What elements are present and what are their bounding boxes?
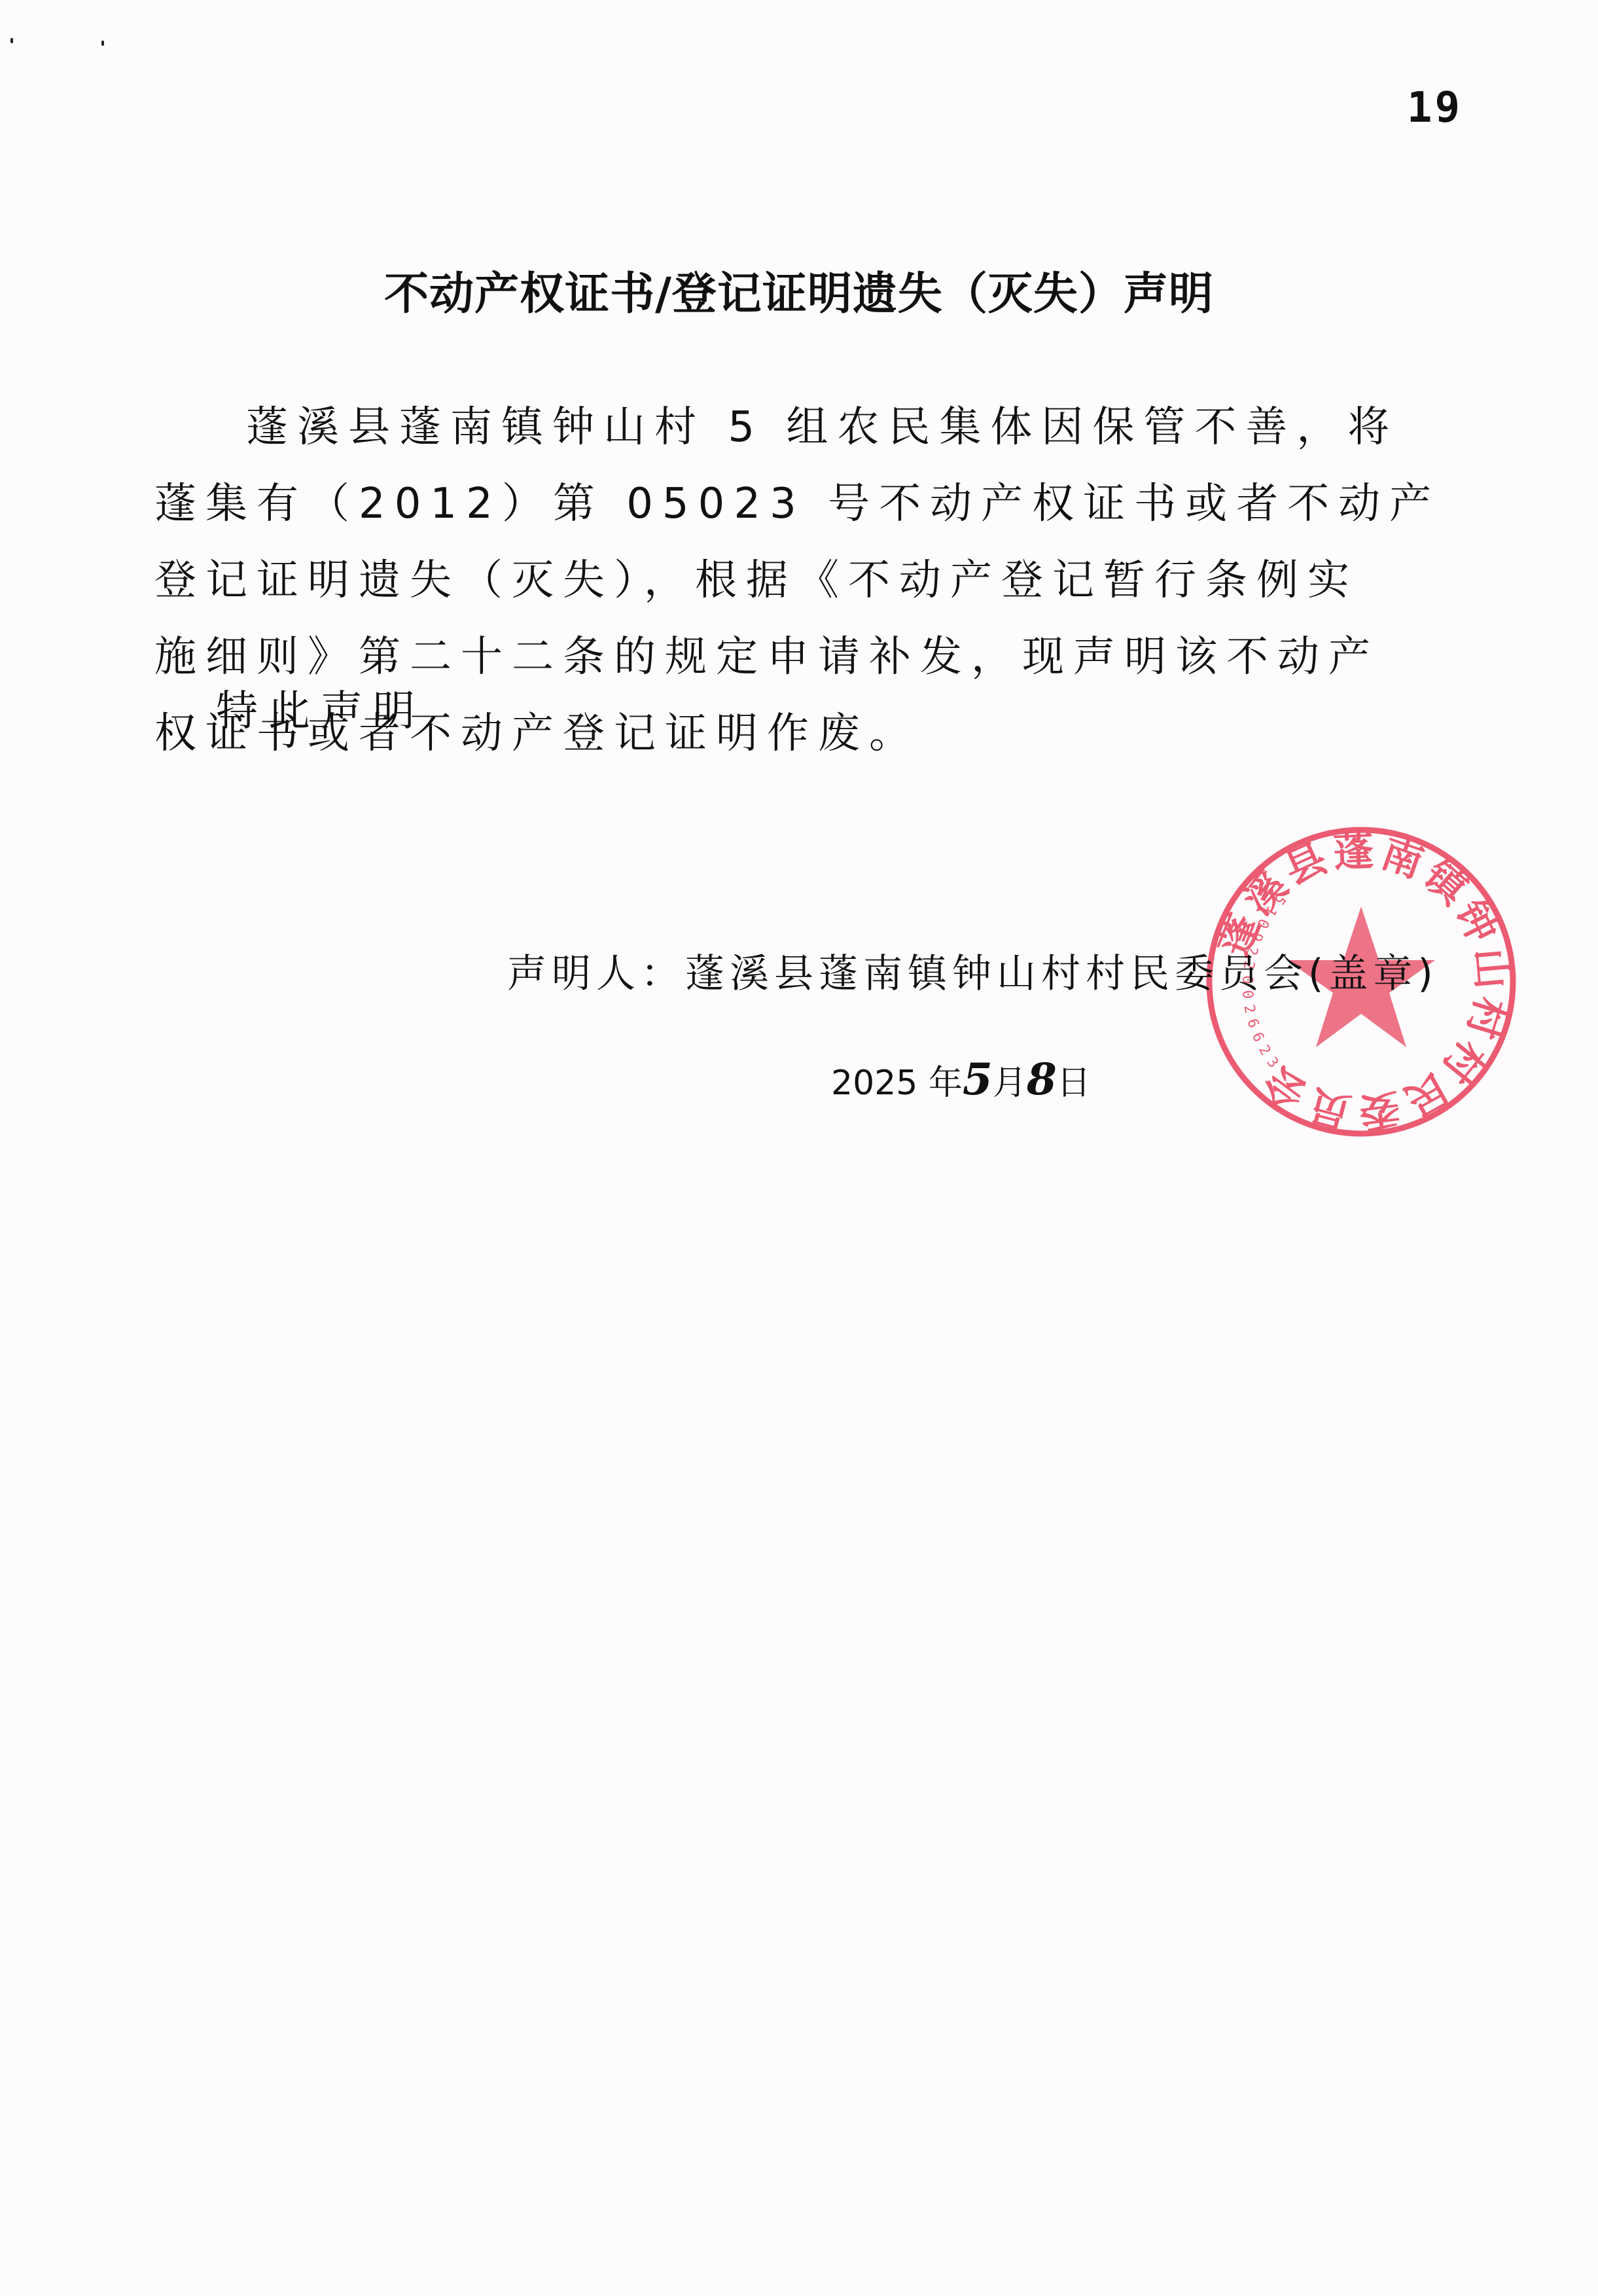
date-month-suffix: 月 [993, 1064, 1027, 1103]
signatory-line: 声明人：蓬溪县蓬南镇钟山村村民委员会(盖章) [507, 942, 1438, 999]
signature-date: 2025 年5月8日 [831, 1054, 1091, 1105]
date-month-handwritten: 5 [963, 1054, 993, 1105]
body-line: 蓬集有（2012）第 05023 号不动产权证书或者不动产 [154, 466, 1437, 543]
document-title: 不动产权证书/登记证明遗失（灭失）声明 [0, 259, 1598, 322]
scan-speck [10, 38, 13, 43]
page-number: 19 [1407, 84, 1463, 132]
date-day-suffix: 日 [1057, 1064, 1091, 1103]
body-line: 蓬溪县蓬南镇钟山村 5 组农民集体因保管不善，将 [154, 389, 1437, 466]
date-year-suffix: 年 [917, 1064, 963, 1103]
closing-remark: 特此声明 [216, 677, 425, 738]
scan-speck [101, 41, 104, 46]
date-year: 2025 [831, 1064, 917, 1103]
date-day-handwritten: 8 [1027, 1054, 1057, 1105]
body-line: 登记证明遗失（灭失），根据《不动产登记暂行条例实 [154, 543, 1437, 619]
